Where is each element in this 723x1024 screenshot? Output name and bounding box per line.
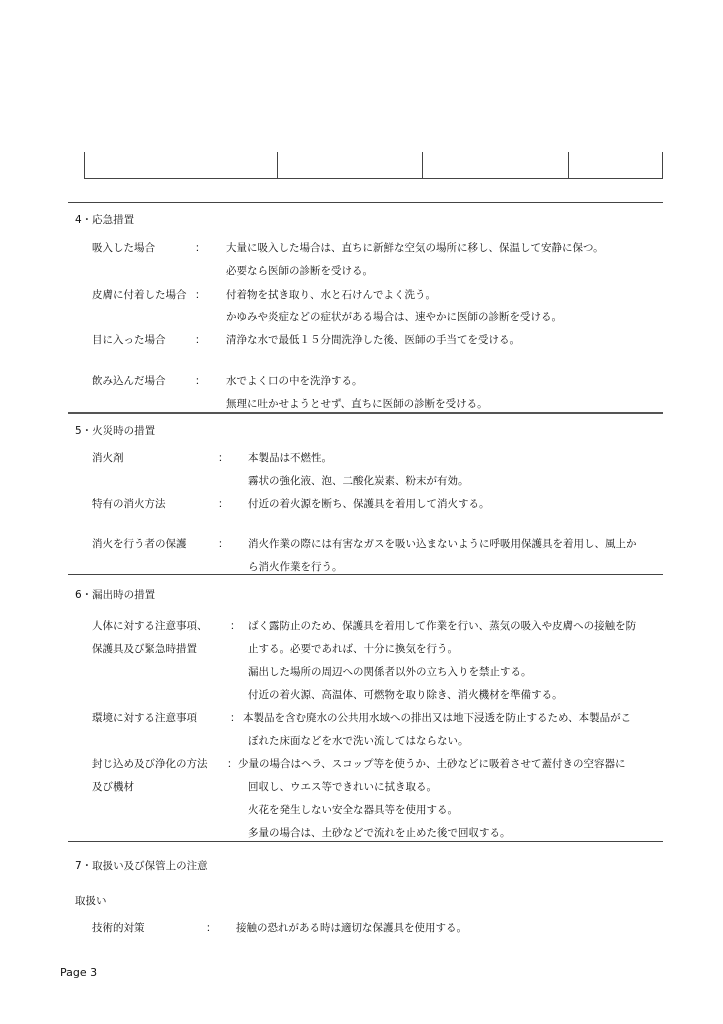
section-title-7: 7・取扱い及び保管上の注意 (75, 858, 208, 873)
item-text: 無理に吐かせようとせず、直ちに医師の診断を受ける。 (226, 396, 488, 411)
item-colon: ： (230, 710, 241, 725)
table-border (568, 152, 569, 178)
table-border (662, 152, 663, 178)
item-text: 止する。必要であれば、十分に換気を行う。 (248, 641, 458, 656)
item-label: 及び機材 (92, 779, 134, 794)
section-title-6: 6・漏出時の措置 (75, 587, 155, 602)
item-text: 霧状の強化液、泡、二酸化炭素、粉末が有効。 (248, 473, 469, 488)
item-colon: ： (195, 287, 206, 302)
item-colon: ： (218, 536, 229, 551)
item-text: 付近の着火源、高温体、可燃物を取り除き、消火機材を準備する。 (248, 687, 563, 702)
item-text: 接触の恐れがある時は適切な保護具を使用する。 (236, 920, 467, 935)
item-label: 消火剤 (92, 450, 124, 465)
item-text: 火花を発生しない安全な器具等を使用する。 (248, 802, 458, 817)
section-divider (68, 202, 663, 203)
item-label: 吸入した場合 (92, 240, 155, 255)
item-text: 大量に吸入した場合は、直ちに新鮮な空気の場所に移し、保温して安静に保つ。 (226, 240, 604, 255)
section-title-5: 5・火災時の措置 (75, 423, 155, 438)
section-divider (68, 412, 663, 414)
item-label: 技術的対策 (92, 920, 145, 935)
item-label: 封じ込め及び浄化の方法 (92, 756, 208, 771)
item-text: 水でよく口の中を洗浄する。 (226, 373, 363, 388)
item-label: 環境に対する注意事項 (92, 710, 197, 725)
section-divider (68, 574, 663, 575)
item-text: 付着物を拭き取り、水と石けんでよく洗う。 (226, 287, 436, 302)
item-text: 少量の場合はヘラ、スコップ等を使うか、土砂などに吸着させて蓋付きの空容器に (238, 756, 625, 771)
item-label: 人体に対する注意事項、 (92, 618, 208, 633)
subheading: 取扱い (75, 893, 107, 908)
item-colon: ： (218, 496, 229, 511)
item-text: かゆみや炎症などの症状がある場合は、速やかに医師の診断を受ける。 (226, 309, 562, 324)
item-colon: ： (195, 240, 206, 255)
item-colon: ： (218, 450, 229, 465)
item-text: 消火作業の際には有害なガスを吸い込まないように呼吸用保護具を着用し、風上か (248, 536, 637, 551)
table-border (422, 152, 423, 178)
table-border (277, 152, 278, 178)
item-label: 目に入った場合 (92, 332, 166, 347)
item-text: 本製品は不燃性。 (248, 450, 332, 465)
item-text: 回収し、ウエス等できれいに拭き取る。 (248, 779, 437, 794)
table-border (84, 178, 663, 179)
item-label: 皮膚に付着した場合 (92, 287, 187, 302)
item-label: 飲み込んだ場合 (92, 373, 166, 388)
item-text: 付近の着火源を断ち、保護具を着用して消火する。 (248, 496, 490, 511)
section-title-4: 4・応急措置 (75, 212, 134, 227)
item-text: ぼれた床面などを水で洗い流してはならない。 (248, 733, 469, 748)
item-label: 特有の消火方法 (92, 496, 166, 511)
item-text: ばく露防止のため、保護具を着用して作業を行い、蒸気の吸入や皮膚への接触を防 (248, 618, 636, 633)
item-colon: ： (206, 920, 217, 935)
table-border (84, 152, 85, 178)
item-text: 清浄な水で最低１５分間洗浄した後、医師の手当てを受ける。 (226, 332, 520, 347)
item-label: 消火を行う者の保護 (92, 536, 187, 551)
item-text: 多量の場合は、土砂などで流れを止めた後で回収する。 (248, 825, 511, 840)
item-colon: ： (195, 332, 206, 347)
section-divider (68, 841, 663, 842)
page-number: Page 3 (60, 966, 97, 979)
item-label: 保護具及び緊急時措置 (92, 641, 197, 656)
item-text: 必要なら医師の診断を受ける。 (226, 263, 373, 278)
item-colon: ： (230, 618, 241, 633)
item-colon: ： (195, 373, 206, 388)
item-text: 漏出した場所の周辺への関係者以外の立ち入りを禁止する。 (248, 664, 532, 679)
item-text: ら消火作業を行う。 (248, 559, 343, 574)
item-colon: ： (227, 756, 238, 771)
item-text: 本製品を含む廃水の公共用水域への排出又は地下浸透を防止するため、本製品がこ (243, 710, 631, 725)
